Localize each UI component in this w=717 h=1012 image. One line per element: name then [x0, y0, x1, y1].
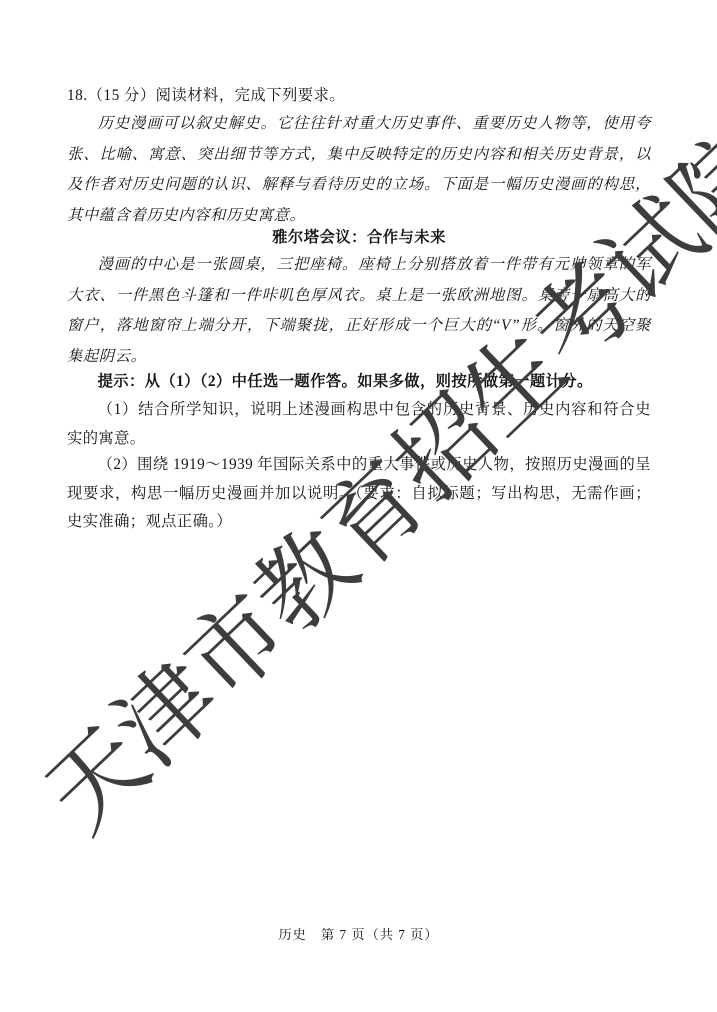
sub-question-1: （1）结合所学知识，说明上述漫画构思中包含的历史背景、历史内容和符合史实的寓意。 [67, 395, 651, 453]
answer-hint-line: 提示：从（1）（2）中任选一题作答。如果多做，则按所做第一题计分。 [67, 367, 651, 396]
sub-question-2: （2）围绕 1919～1939 年国际关系中的重大事件或历史人物，按照历史漫画的… [67, 451, 651, 537]
exam-page: 18.（15 分）阅读材料，完成下列要求。 历史漫画可以叙史解史。它往往针对重大… [0, 0, 717, 1012]
question-18-block: 18.（15 分）阅读材料，完成下列要求。 历史漫画可以叙史解史。它往往针对重大… [67, 84, 651, 537]
material-intro-paragraph: 历史漫画可以叙史解史。它往往针对重大历史事件、重要历史人物等，使用夸张、比喻、寓… [67, 109, 651, 231]
page-footer: 历史 第 7 页（共 7 页） [0, 927, 717, 943]
cartoon-description-paragraph: 漫画的中心是一张圆桌，三把座椅。座椅上分别搭放着一件带有元帅领章的军大衣、一件黑… [67, 250, 651, 372]
question-number-line: 18.（15 分）阅读材料，完成下列要求。 [67, 84, 651, 107]
